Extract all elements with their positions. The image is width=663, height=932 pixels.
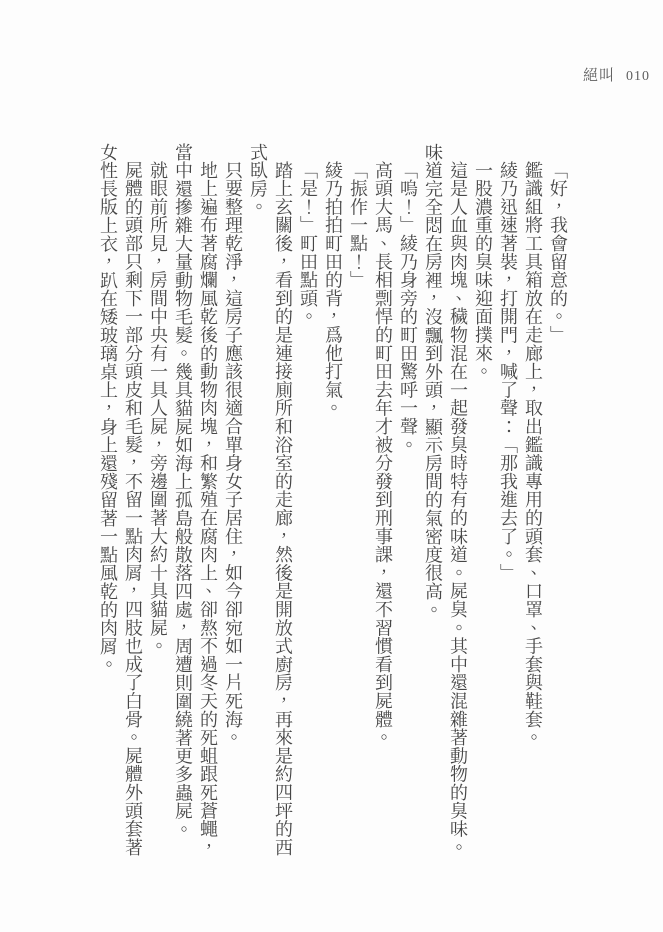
paragraph: 地上遍布著腐爛風乾後的動物肉塊，和繁殖在腐肉上、卻熬不過冬天的死蛆跟死蒼蠅，當中…	[170, 143, 220, 860]
running-head-book-title: 絕叫	[583, 64, 615, 85]
paragraph: 高頭大馬、長相剽悍的町田去年才被分發到刑事課，還不習慣看到屍體。	[370, 143, 395, 860]
running-head: 絕叫 010	[583, 64, 650, 85]
paragraph: 就眼前所見，房間中央有一具人屍，旁邊圍著大約十具貓屍。	[145, 143, 170, 860]
paragraph: 屍體的頭部只剩下一部分頭皮和毛髮，不留一點肉屑，四肢也成了白骨。屍體外頭套著女性…	[95, 143, 145, 860]
paragraph: 綾乃迅速著裝，打開門，喊了聲：「那我進去了。」	[495, 143, 520, 860]
paragraph: 「是！」町田點頭。	[295, 143, 320, 860]
paragraph: 「振作一點！」	[345, 143, 370, 860]
book-page: 絕叫 010 「好，我會留意的。」 鑑識組將工具箱放在走廊上，取出鑑識專用的頭套…	[0, 0, 663, 932]
running-head-page-number: 010	[626, 69, 650, 85]
paragraph: 鑑識組將工具箱放在走廊上，取出鑑識專用的頭套、口罩、手套與鞋套。	[520, 143, 545, 860]
paragraph: 綾乃拍拍町田的背，爲他打氣。	[320, 143, 345, 860]
paragraph: 這是人血與肉塊、穢物混在一起發臭時特有的味道。屍臭。其中還混雜著動物的臭味。味道…	[420, 143, 470, 860]
paragraph: 只要整理乾淨，這房子應該很適合單身女子居住，如今卻宛如一片死海。	[220, 143, 245, 860]
page-text: 「好，我會留意的。」 鑑識組將工具箱放在走廊上，取出鑑識專用的頭套、口罩、手套與…	[92, 143, 570, 860]
paragraph: 「好，我會留意的。」	[545, 143, 570, 860]
paragraph: 「嗚！」綾乃身旁的町田驚呼一聲。	[395, 143, 420, 860]
paragraph: 踏上玄關後，看到的是連接廁所和浴室的走廊，然後是開放式廚房，再來是約四坪的西式臥…	[245, 143, 295, 860]
paragraph: 一股濃重的臭味迎面撲來。	[470, 143, 495, 860]
